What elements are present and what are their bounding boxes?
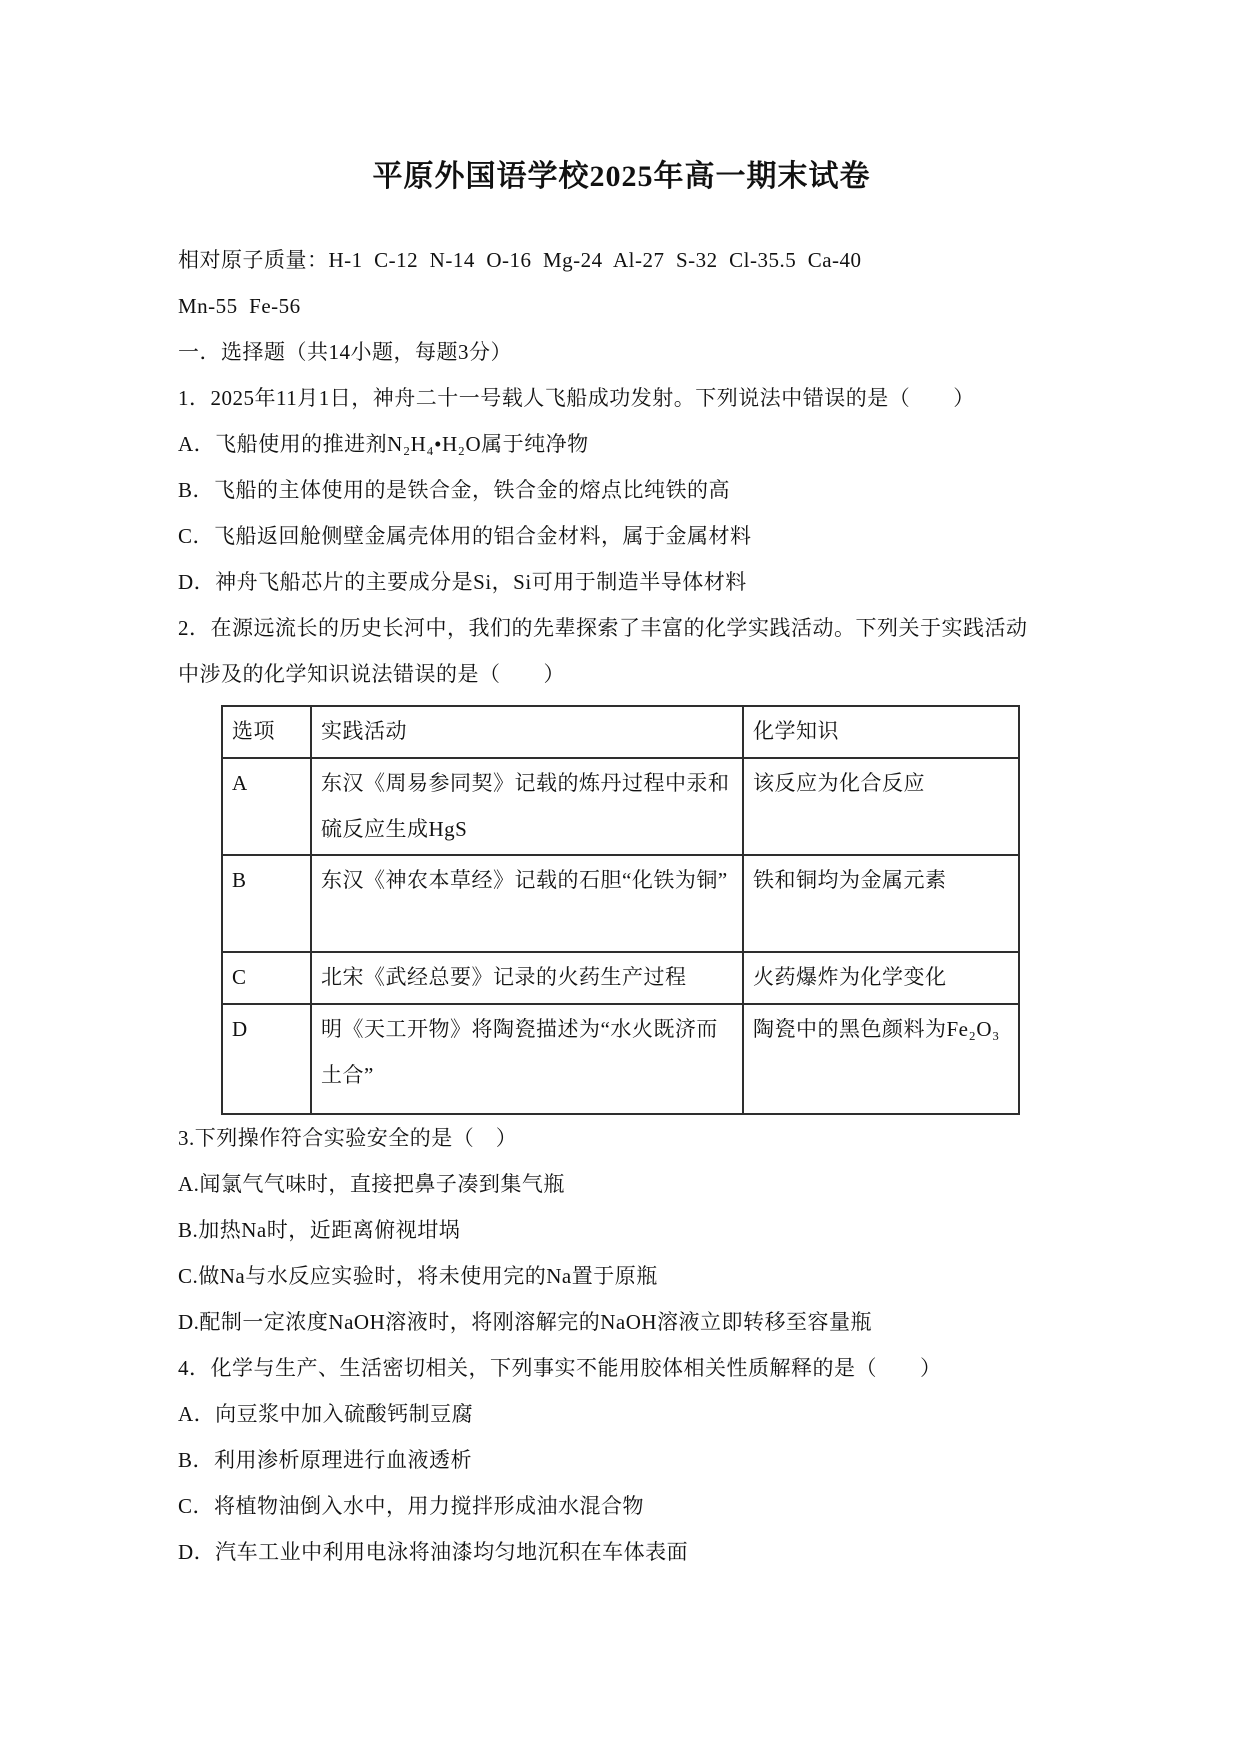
q2-row-b-knowledge: 铁和铜均为金属元素 xyxy=(743,855,1019,952)
q2-table-row-d: D 明《天工开物》将陶瓷描述为“水火既济而土合” 陶瓷中的黑色颜料为Fe₂O₃ xyxy=(222,1004,1019,1114)
q1-option-d: D．神舟飞船芯片的主要成分是Si，Si可用于制造半导体材料 xyxy=(178,559,1075,605)
q3-option-b: B.加热Na时，近距离俯视坩埚 xyxy=(178,1207,1075,1253)
q2-row-a-activity: 东汉《周易参同契》记载的炼丹过程中汞和硫反应生成HgS xyxy=(311,758,743,855)
q4-option-b: B．利用渗析原理进行血液透析 xyxy=(178,1437,1075,1483)
q2-row-a-option: A xyxy=(222,758,311,855)
page-title: 平原外国语学校2025年高一期末试卷 xyxy=(178,155,1065,199)
q2-table-header-option: 选项 xyxy=(222,706,311,758)
q1-option-c: C．飞船返回舱侧壁金属壳体用的铝合金材料，属于金属材料 xyxy=(178,513,1075,559)
q3-option-a: A.闻氯气气味时，直接把鼻子凑到集气瓶 xyxy=(178,1161,1075,1207)
section-1-heading: 一．选择题（共14小题，每题3分） xyxy=(178,329,1075,375)
q1-stem: 1．2025年11月1日，神舟二十一号载人飞船成功发射。下列说法中错误的是（ ） xyxy=(178,375,1075,421)
q1-option-b: B．飞船的主体使用的是铁合金，铁合金的熔点比纯铁的高 xyxy=(178,467,1075,513)
q4-option-a: A．向豆浆中加入硫酸钙制豆腐 xyxy=(178,1391,1075,1437)
q2-stem-line-2: 中涉及的化学知识说法错误的是（ ） xyxy=(178,651,1075,697)
q4-option-c: C．将植物油倒入水中，用力搅拌形成油水混合物 xyxy=(178,1483,1075,1529)
q2-row-b-activity: 东汉《神农本草经》记载的石胆“化铁为铜” xyxy=(311,855,743,952)
q2-table-header-row: 选项 实践活动 化学知识 xyxy=(222,706,1019,758)
q2-row-c-option: C xyxy=(222,952,311,1004)
q2-options-table: 选项 实践活动 化学知识 A 东汉《周易参同契》记载的炼丹过程中汞和硫反应生成H… xyxy=(221,705,1020,1115)
q2-row-a-knowledge: 该反应为化合反应 xyxy=(743,758,1019,855)
q2-row-c-activity: 北宋《武经总要》记录的火药生产过程 xyxy=(311,952,743,1004)
q2-row-c-knowledge: 火药爆炸为化学变化 xyxy=(743,952,1019,1004)
q4-stem: 4．化学与生产、生活密切相关，下列事实不能用胶体相关性质解释的是（ ） xyxy=(178,1345,1075,1391)
q2-table-row-b: B 东汉《神农本草经》记载的石胆“化铁为铜” 铁和铜均为金属元素 xyxy=(222,855,1019,952)
q2-table-header-activity: 实践活动 xyxy=(311,706,743,758)
exam-paper-page: 平原外国语学校2025年高一期末试卷 相对原子质量：H-1 C-12 N-14 … xyxy=(0,0,1240,1754)
q3-stem: 3.下列操作符合实验安全的是（ ） xyxy=(178,1115,1075,1161)
q2-stem-line-1: 2．在源远流长的历史长河中，我们的先辈探索了丰富的化学实践活动。下列关于实践活动 xyxy=(178,605,1075,651)
q2-row-d-option: D xyxy=(222,1004,311,1114)
q3-option-d: D.配制一定浓度NaOH溶液时，将刚溶解完的NaOH溶液立即转移至容量瓶 xyxy=(178,1299,1075,1345)
q2-table-row-a: A 东汉《周易参同契》记载的炼丹过程中汞和硫反应生成HgS 该反应为化合反应 xyxy=(222,758,1019,855)
q2-row-b-option: B xyxy=(222,855,311,952)
q4-option-d: D．汽车工业中利用电泳将油漆均匀地沉积在车体表面 xyxy=(178,1529,1075,1575)
q1-option-a: A．飞船使用的推进剂N₂H₄•H₂O属于纯净物 xyxy=(178,421,1075,467)
q2-row-d-knowledge: 陶瓷中的黑色颜料为Fe₂O₃ xyxy=(743,1004,1019,1114)
q3-option-c: C.做Na与水反应实验时，将未使用完的Na置于原瓶 xyxy=(178,1253,1075,1299)
q2-row-d-activity: 明《天工开物》将陶瓷描述为“水火既济而土合” xyxy=(311,1004,743,1114)
atomic-masses-line-1: 相对原子质量：H-1 C-12 N-14 O-16 Mg-24 Al-27 S-… xyxy=(178,237,1075,283)
q2-table-header-knowledge: 化学知识 xyxy=(743,706,1019,758)
atomic-masses-line-2: Mn-55 Fe-56 xyxy=(178,283,1075,329)
q2-table-row-c: C 北宋《武经总要》记录的火药生产过程 火药爆炸为化学变化 xyxy=(222,952,1019,1004)
